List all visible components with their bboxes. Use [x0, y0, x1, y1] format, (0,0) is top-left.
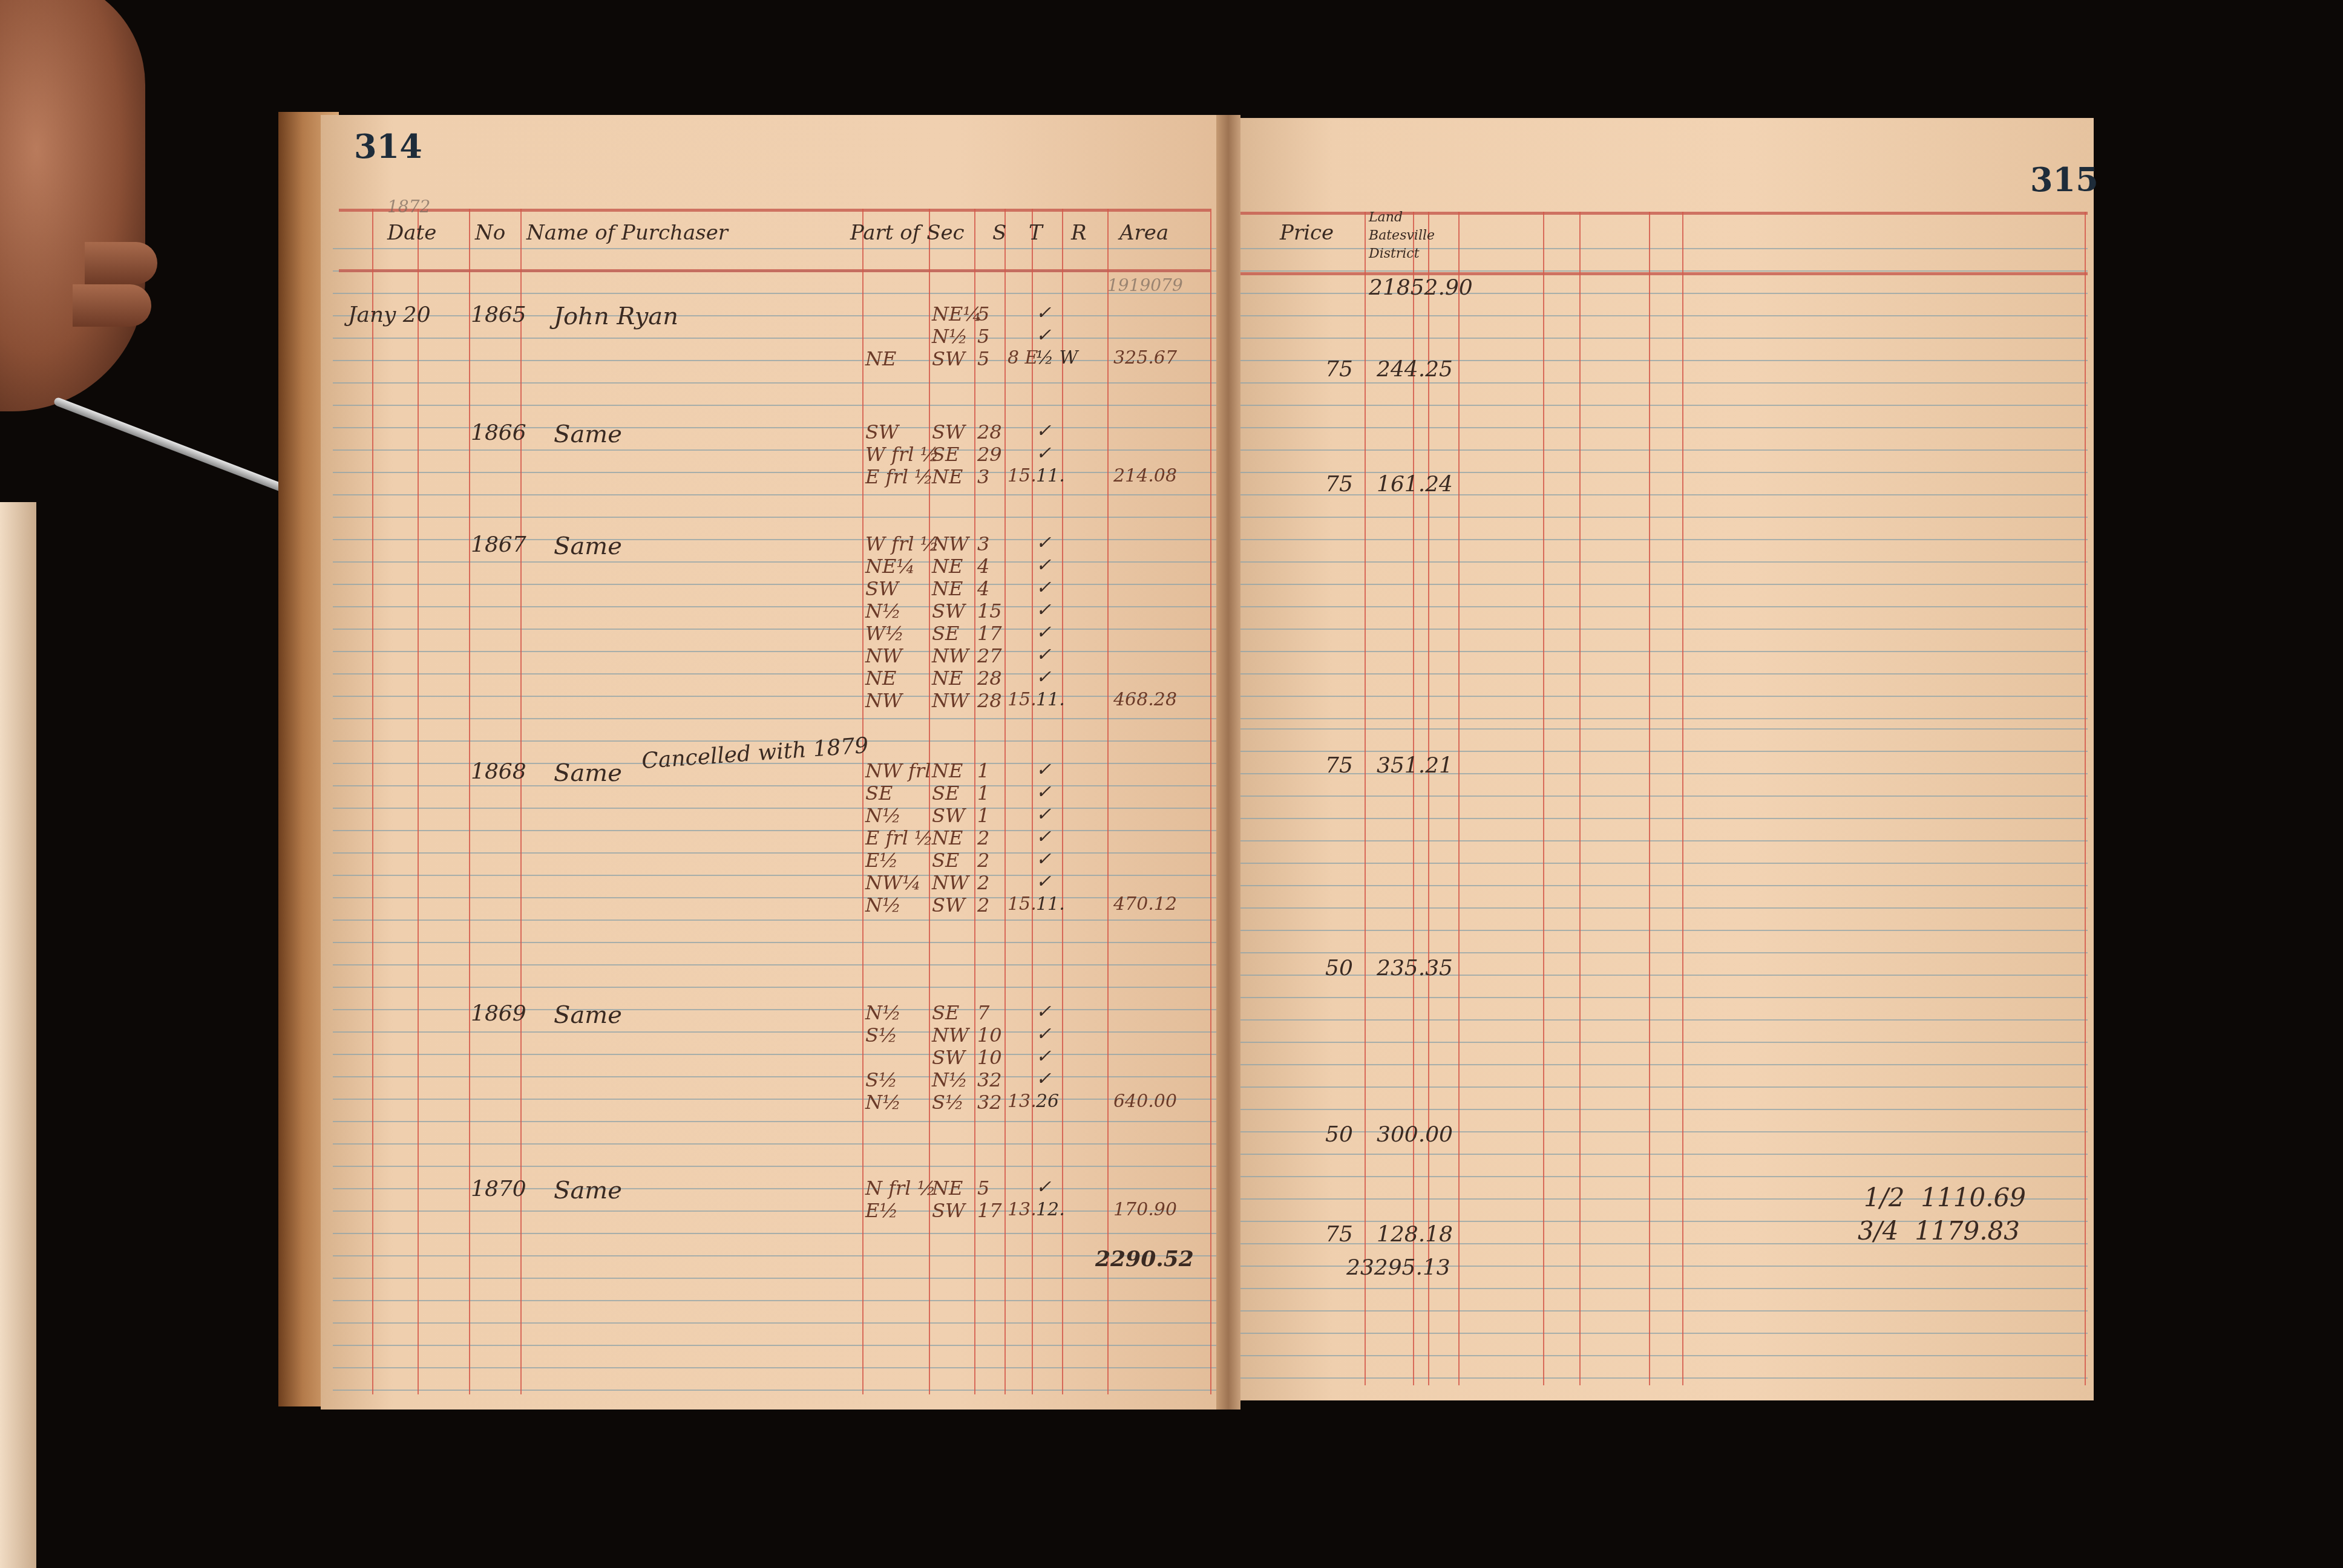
- section-number: 32: [977, 1068, 1002, 1091]
- blue-rule: [333, 1390, 1216, 1391]
- blue-rule: [333, 248, 1216, 249]
- blue-rule: [1240, 1109, 2088, 1110]
- page-number-right: 315: [2030, 160, 2099, 199]
- blue-rule: [1240, 293, 2088, 294]
- amount-value: 235.35: [1377, 956, 1453, 981]
- range-check: ✓: [1036, 804, 1051, 825]
- blue-rule: [1240, 728, 2088, 730]
- blue-rule: [1240, 840, 2088, 841]
- hand: [0, 0, 145, 411]
- township: 15.: [1008, 689, 1037, 710]
- part-of-section: S½: [865, 1024, 897, 1047]
- part-of-section: E frl ½: [865, 826, 933, 849]
- section-quarter: NE: [932, 465, 963, 488]
- section-number: 10: [977, 1024, 1002, 1047]
- blue-rule: [333, 808, 1216, 809]
- section-quarter: NW: [932, 532, 969, 555]
- range-check: ✓: [1036, 871, 1051, 892]
- blue-rule: [1240, 449, 2088, 451]
- header-s: S: [992, 221, 1006, 245]
- section-number: 17: [977, 622, 1002, 645]
- blue-rule: [333, 942, 1216, 943]
- blue-rule: [1240, 472, 2088, 473]
- township: 15.: [1008, 893, 1037, 915]
- blue-rule: [1240, 818, 2088, 819]
- blue-rule: [333, 1099, 1216, 1100]
- blue-rule: [333, 584, 1216, 585]
- margin-note-half: 1/2 1110.69: [1864, 1183, 2026, 1212]
- blue-rule: [1240, 696, 2088, 697]
- blue-rule: [1240, 1019, 2088, 1021]
- adjacent-book-edge: [0, 502, 36, 1568]
- blue-rule: [1240, 494, 2088, 495]
- amount-value: 244.25: [1377, 357, 1453, 382]
- township: 13.: [1008, 1199, 1037, 1220]
- purchaser-name: Same: [554, 759, 622, 787]
- header-amount: Land Batesville District: [1369, 209, 1460, 263]
- section-number: 17: [977, 1199, 1002, 1222]
- purchaser-name: Same: [554, 420, 622, 448]
- blue-rule: [1240, 885, 2088, 886]
- part-of-section: NW: [865, 644, 902, 667]
- blue-rule: [333, 1143, 1216, 1145]
- range-check: ✓: [1036, 325, 1051, 346]
- section-quarter: NE: [932, 759, 963, 782]
- blue-rule: [333, 875, 1216, 876]
- column-rule: [1458, 212, 1460, 1385]
- blue-rule: [333, 964, 1216, 965]
- blue-rule: [333, 1009, 1216, 1010]
- part-of-section: NW frl: [865, 759, 931, 782]
- part-of-section: SW: [865, 420, 899, 443]
- year-note: 1872: [387, 197, 430, 217]
- section-number: 1: [977, 782, 989, 805]
- section-number: 5: [977, 347, 989, 370]
- blue-rule: [1240, 382, 2088, 384]
- section-quarter: N½: [932, 325, 968, 348]
- blue-rule: [333, 360, 1216, 361]
- column-rule: [974, 209, 975, 1394]
- entry-year: 1865: [471, 302, 526, 327]
- book-gutter: [1216, 115, 1240, 1410]
- area-value: 640.00: [1113, 1091, 1177, 1112]
- blue-rule: [1240, 795, 2088, 797]
- blue-rule: [333, 651, 1216, 652]
- blue-rule: [1240, 1377, 2088, 1379]
- section-quarter: S½: [932, 1091, 964, 1114]
- header-t: T: [1029, 221, 1043, 245]
- section-number: 28: [977, 689, 1002, 712]
- part-of-section: W frl ½: [865, 443, 939, 466]
- blue-rule: [1240, 975, 2088, 976]
- blue-rule: [1240, 338, 2088, 339]
- section-number: 3: [977, 532, 989, 555]
- blue-rule: [333, 629, 1216, 630]
- section-quarter: SW: [932, 893, 965, 916]
- range-check: ✓: [1036, 826, 1051, 848]
- section-quarter: NE: [932, 555, 963, 578]
- section-number: 29: [977, 443, 1002, 466]
- section-number: 32: [977, 1091, 1002, 1114]
- section-quarter: NW: [932, 689, 969, 712]
- range-check: ✓: [1036, 1024, 1051, 1045]
- blue-rule: [333, 1345, 1216, 1346]
- section-quarter: NE: [932, 667, 963, 690]
- range-check: ✓: [1036, 1068, 1051, 1089]
- blue-rule: [1240, 248, 2088, 249]
- range-check: ✓: [1036, 532, 1051, 554]
- section-quarter: NW: [932, 1024, 969, 1047]
- column-rule: [1428, 212, 1429, 1385]
- blue-rule: [1240, 1131, 2088, 1132]
- section-quarter: NE: [932, 577, 963, 600]
- area-total: 2290.52: [1095, 1246, 1194, 1272]
- finger: [85, 242, 157, 284]
- blue-rule: [333, 897, 1216, 898]
- column-rule: [1649, 212, 1650, 1385]
- blue-rule: [333, 606, 1216, 607]
- range-check: ✓: [1036, 599, 1051, 621]
- part-of-section: N½: [865, 599, 901, 622]
- section-quarter: NE¼: [932, 302, 981, 325]
- blue-rule: [333, 673, 1216, 675]
- part-of-section: E frl ½: [865, 465, 933, 488]
- range-check: ✓: [1036, 420, 1051, 442]
- header-price: Price: [1280, 221, 1334, 245]
- blue-rule: [1240, 1355, 2088, 1356]
- range-check: ✓: [1036, 782, 1051, 803]
- range-check: ✓: [1036, 667, 1051, 688]
- column-rule: [2085, 212, 2086, 1385]
- section-number: 2: [977, 893, 989, 916]
- section-quarter: SW: [932, 804, 965, 827]
- range-check: ✓: [1036, 849, 1051, 870]
- section-number: 1: [977, 804, 989, 827]
- blue-rule: [333, 1076, 1216, 1077]
- blue-rule: [1240, 673, 2088, 675]
- part-of-section: N½: [865, 1001, 901, 1024]
- entry-year: 1870: [471, 1177, 526, 1201]
- column-rule: [1004, 209, 1006, 1394]
- header-name: Name of Purchaser: [526, 221, 728, 245]
- amount-value: 161.24: [1377, 472, 1453, 497]
- blue-rule: [333, 1188, 1216, 1189]
- part-of-section: E½: [865, 849, 898, 872]
- blue-rule: [333, 852, 1216, 854]
- blue-rule: [333, 1300, 1216, 1301]
- section-number: 28: [977, 420, 1002, 443]
- purchaser-name: Same: [554, 1177, 622, 1204]
- part-of-section: NE: [865, 347, 896, 370]
- blue-rule: [1240, 539, 2088, 540]
- blue-rule: [1240, 1154, 2088, 1155]
- blue-rule: [333, 494, 1216, 495]
- part-of-section: S½: [865, 1068, 897, 1091]
- section-quarter: SE: [932, 622, 959, 645]
- section-quarter: NW: [932, 871, 969, 894]
- blue-rule: [333, 1054, 1216, 1055]
- range-check: ½ W: [1036, 347, 1078, 368]
- column-rule: [418, 209, 419, 1394]
- blue-rule: [333, 517, 1216, 518]
- section-number: 4: [977, 577, 989, 600]
- range-check: ✓: [1036, 1177, 1051, 1198]
- section-quarter: N½: [932, 1068, 968, 1091]
- range-check: ✓: [1036, 302, 1051, 324]
- blue-rule: [333, 293, 1216, 294]
- blue-rule: [1240, 1086, 2088, 1088]
- section-number: 5: [977, 1177, 989, 1200]
- range-check: 12.: [1036, 1199, 1065, 1220]
- part-of-section: NE: [865, 667, 896, 690]
- blue-rule: [1240, 718, 2088, 719]
- blue-rule: [333, 920, 1216, 921]
- blue-rule: [1240, 561, 2088, 563]
- column-rule: [469, 209, 470, 1394]
- section-quarter: NE: [932, 1177, 963, 1200]
- range-check: ✓: [1036, 1001, 1051, 1022]
- blue-rule: [333, 830, 1216, 831]
- section-quarter: SW: [932, 1046, 965, 1069]
- blue-rule: [1240, 997, 2088, 998]
- blue-rule: [333, 1166, 1216, 1167]
- range-check: ✓: [1036, 622, 1051, 643]
- carried-pencil-figure: 1919079: [1107, 275, 1183, 295]
- section-number: 5: [977, 302, 989, 325]
- amount-value: 351.21: [1377, 753, 1453, 778]
- page-number-left: 314: [354, 127, 422, 166]
- entry-year: 1866: [471, 420, 526, 445]
- section-number: 10: [977, 1046, 1002, 1069]
- blue-rule: [333, 785, 1216, 786]
- price-per-acre: 75: [1325, 753, 1353, 778]
- blue-rule: [333, 405, 1216, 406]
- column-rule: [1413, 212, 1414, 1385]
- range-check: 11.: [1036, 465, 1065, 486]
- blue-rule: [333, 338, 1216, 339]
- header-area: Area: [1119, 221, 1168, 245]
- blue-rule: [333, 561, 1216, 563]
- section-quarter: SE: [932, 782, 959, 805]
- section-quarter: SW: [932, 420, 965, 443]
- range-check: ✓: [1036, 1046, 1051, 1067]
- column-rule: [1579, 212, 1581, 1385]
- blue-rule: [333, 427, 1216, 428]
- section-number: 5: [977, 325, 989, 348]
- part-of-section: E½: [865, 1199, 898, 1222]
- section-quarter: SW: [932, 599, 965, 622]
- part-of-section: NE¼: [865, 555, 915, 578]
- section-quarter: SE: [932, 1001, 959, 1024]
- blue-rule: [333, 1031, 1216, 1033]
- section-number: 2: [977, 849, 989, 872]
- section-number: 15: [977, 599, 1002, 622]
- blue-rule: [333, 315, 1216, 316]
- section-number: 2: [977, 826, 989, 849]
- column-rule: [372, 209, 373, 1394]
- blue-rule: [333, 539, 1216, 540]
- range-check: 11.: [1036, 689, 1065, 710]
- blue-rule: [333, 1121, 1216, 1122]
- blue-rule: [1240, 405, 2088, 406]
- purchaser-name: Same: [554, 532, 622, 560]
- area-value: 470.12: [1113, 893, 1177, 915]
- blue-rule: [1240, 773, 2088, 774]
- blue-rule: [333, 987, 1216, 988]
- section-quarter: NE: [932, 826, 963, 849]
- section-quarter: SW: [932, 347, 965, 370]
- section-quarter: SE: [932, 849, 959, 872]
- blue-rule: [1240, 606, 2088, 607]
- section-number: 27: [977, 644, 1002, 667]
- blue-rule: [1240, 1310, 2088, 1312]
- red-rule: [1240, 272, 2088, 275]
- blue-rule: [1240, 1042, 2088, 1043]
- area-value: 325.67: [1113, 347, 1177, 368]
- range-check: 11.: [1036, 893, 1065, 915]
- township: 15.: [1008, 465, 1037, 486]
- part-of-section: NW: [865, 689, 902, 712]
- section-number: 7: [977, 1001, 989, 1024]
- part-of-section: W frl ½: [865, 532, 939, 555]
- part-of-section: NW¼: [865, 871, 921, 894]
- blue-rule: [1240, 1064, 2088, 1065]
- blue-rule: [1240, 427, 2088, 428]
- amount-total: 23295.13: [1346, 1255, 1450, 1280]
- blue-rule: [1240, 517, 2088, 518]
- section-quarter: SE: [932, 443, 959, 466]
- section-number: 1: [977, 759, 989, 782]
- area-value: 170.90: [1113, 1199, 1177, 1220]
- part-of-section: N½: [865, 893, 901, 916]
- column-rule: [1365, 212, 1366, 1385]
- part-of-section: SW: [865, 577, 899, 600]
- blue-rule: [333, 1322, 1216, 1324]
- township: 8 E: [1008, 347, 1038, 368]
- column-rule: [1210, 209, 1211, 1394]
- range-check: ✓: [1036, 555, 1051, 576]
- purchaser-name: Same: [554, 1001, 622, 1029]
- blue-rule: [1240, 1333, 2088, 1334]
- blue-rule: [1240, 1176, 2088, 1177]
- price-per-acre: 50: [1325, 1122, 1353, 1147]
- purchaser-name: John Ryan: [554, 302, 678, 330]
- entry-year: 1869: [471, 1001, 526, 1026]
- column-rule: [1543, 212, 1544, 1385]
- red-rule: [1240, 212, 2088, 215]
- range-check: ✓: [1036, 759, 1051, 780]
- part-of-section: N½: [865, 1091, 901, 1114]
- blue-rule: [333, 1210, 1216, 1212]
- blue-rule: [333, 472, 1216, 473]
- blue-rule: [1240, 907, 2088, 909]
- blue-rule: [333, 718, 1216, 719]
- margin-note-three-quarter: 3/4 1179.83: [1858, 1216, 2020, 1246]
- blue-rule: [1240, 270, 2088, 272]
- price-per-acre: 50: [1325, 956, 1353, 981]
- blue-rule: [1240, 360, 2088, 361]
- part-of-section: SE: [865, 782, 893, 805]
- section-quarter: NW: [932, 644, 969, 667]
- header-part-of-sec: Part of Sec: [850, 221, 965, 245]
- blue-rule: [1240, 952, 2088, 953]
- area-value: 214.08: [1113, 465, 1177, 486]
- range-check: 26: [1036, 1091, 1059, 1112]
- blue-rule: [1240, 315, 2088, 316]
- column-rule: [929, 209, 930, 1394]
- opening-amount: 21852.90: [1369, 275, 1473, 300]
- blue-rule: [333, 449, 1216, 451]
- column-rule: [520, 209, 522, 1394]
- price-per-acre: 75: [1325, 357, 1353, 382]
- blue-rule: [333, 696, 1216, 697]
- entry-year: 1867: [471, 532, 526, 557]
- blue-rule: [333, 1233, 1216, 1234]
- section-number: 4: [977, 555, 989, 578]
- amount-value: 300.00: [1377, 1122, 1453, 1147]
- finger: [73, 284, 151, 327]
- blue-rule: [1240, 1288, 2088, 1289]
- blue-rule: [1240, 863, 2088, 864]
- section-number: 28: [977, 667, 1002, 690]
- price-per-acre: 75: [1325, 472, 1353, 497]
- part-of-section: N½: [865, 804, 901, 827]
- range-check: ✓: [1036, 443, 1051, 464]
- part-of-section: W½: [865, 622, 904, 645]
- blue-rule: [1240, 751, 2088, 752]
- price-per-acre: 75: [1325, 1222, 1353, 1247]
- area-value: 468.28: [1113, 689, 1177, 710]
- section-number: 3: [977, 465, 989, 488]
- section-quarter: SW: [932, 1199, 965, 1222]
- spatula-handle: [53, 396, 315, 504]
- entry-year: 1868: [471, 759, 526, 784]
- section-number: 2: [977, 871, 989, 894]
- blue-rule: [1240, 651, 2088, 652]
- blue-rule: [1240, 629, 2088, 630]
- header-r: R: [1071, 221, 1087, 245]
- column-rule: [862, 209, 863, 1394]
- blue-rule: [333, 382, 1216, 384]
- blue-rule: [333, 1255, 1216, 1256]
- range-check: ✓: [1036, 577, 1051, 598]
- blue-rule: [333, 1278, 1216, 1279]
- column-rule: [1107, 209, 1109, 1394]
- column-rule: [1682, 212, 1683, 1385]
- blue-rule: [333, 1367, 1216, 1368]
- part-of-section: N frl ½: [865, 1177, 936, 1200]
- township: 13.: [1008, 1091, 1037, 1112]
- header-no: No: [475, 221, 505, 245]
- amount-value: 128.18: [1377, 1222, 1453, 1247]
- blue-rule: [1240, 584, 2088, 585]
- entry-date: Jany 20: [348, 302, 431, 327]
- header-date: Date: [387, 221, 436, 245]
- range-check: ✓: [1036, 644, 1051, 665]
- blue-rule: [1240, 930, 2088, 931]
